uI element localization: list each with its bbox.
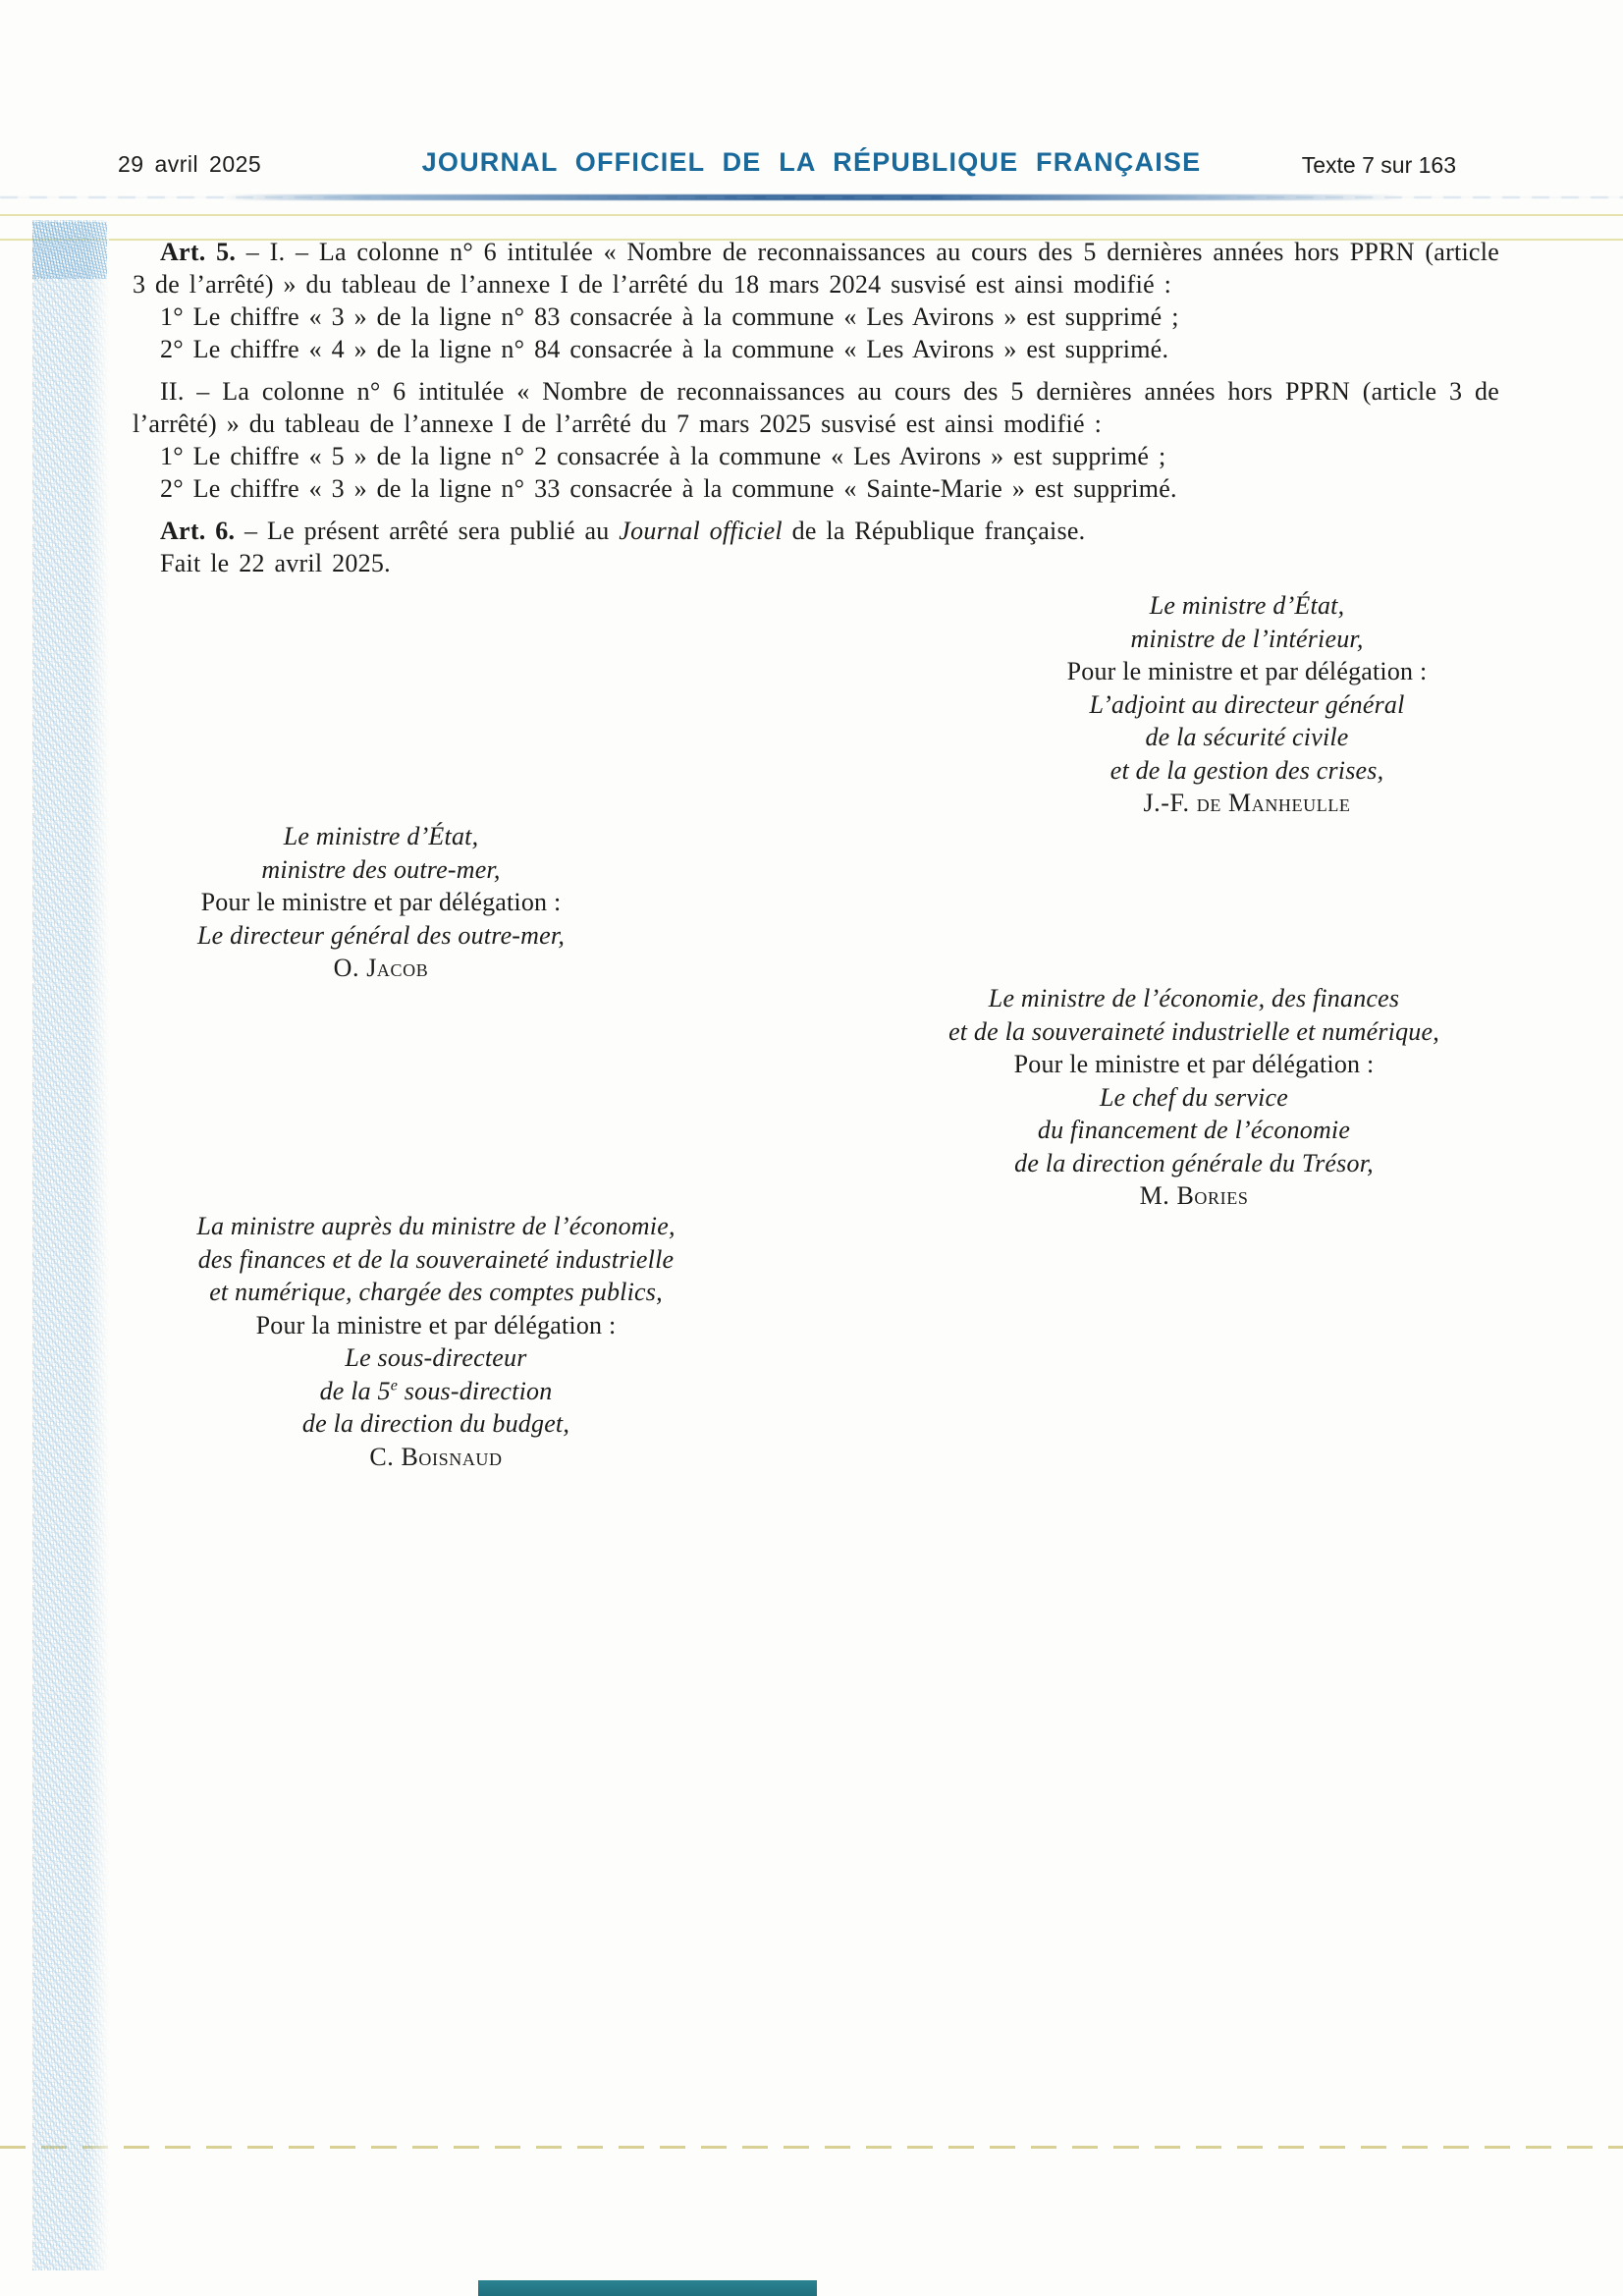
signature-line: Le directeur général des outre-mer, (135, 919, 626, 953)
article-5-item-1: 1° Le chiffre « 3 » de la ligne n° 83 co… (133, 301, 1499, 333)
signature-line: de la direction générale du Trésor, (884, 1147, 1504, 1180)
header-rule (224, 194, 1402, 200)
sous-direction-superscript: e (391, 1377, 398, 1394)
article-5-item-2: 2° Le chiffre « 4 » de la ligne n° 84 co… (133, 333, 1499, 365)
signature-line: et de la gestion des crises, (1001, 754, 1492, 788)
signature-line: ministre de l’intérieur, (1001, 623, 1492, 656)
signature-block-economie: Le ministre de l’économie, des finances … (884, 982, 1504, 1213)
article-6: Art. 6. – Le présent arrêté sera publié … (133, 515, 1499, 547)
signature-line: Le ministre d’État, (135, 820, 626, 853)
journal-officiel-italic: Journal officiel (619, 517, 783, 545)
signatory-name: C. Boisnaud (116, 1441, 756, 1474)
signature-block-outre-mer: Le ministre d’État, ministre des outre-m… (135, 820, 626, 985)
article-5-intro: Art. 5. – I. – La colonne n° 6 intitulée… (133, 236, 1499, 301)
signature-line: et de la souveraineté industrielle et nu… (884, 1015, 1504, 1049)
signature-line-sous-direction: de la 5e sous-direction (116, 1375, 756, 1408)
journal-officiel-page: 29 avril 2025 JOURNAL OFFICIEL DE LA RÉP… (0, 0, 1623, 2296)
signature-line: des finances et de la souveraineté indus… (116, 1243, 756, 1277)
article-5-part2-item-1: 1° Le chiffre « 5 » de la ligne n° 2 con… (133, 440, 1499, 472)
article-6-text-before: – Le présent arrêté sera publié au (235, 517, 619, 545)
scan-artifact-line-bottom (0, 2146, 1623, 2149)
signatory-name: J.-F. de Manheulle (1001, 787, 1492, 820)
texte-reference: Texte 7 sur 163 (1302, 152, 1456, 179)
signature-line: et numérique, chargée des comptes public… (116, 1276, 756, 1309)
document-body: Art. 5. – I. – La colonne n° 6 intitulée… (133, 236, 1499, 579)
signature-line: Le ministre de l’économie, des finances (884, 982, 1504, 1015)
sous-direction-post: sous-direction (398, 1377, 552, 1405)
article-5-part2-intro: II. – La colonne n° 6 intitulée « Nombre… (133, 375, 1499, 440)
article-5-intro-text: – I. – La colonne n° 6 intitulée « Nombr… (133, 238, 1499, 299)
article-6-text-after: de la République française. (783, 517, 1086, 545)
signature-delegation-line: Pour la ministre et par délégation : (116, 1309, 756, 1342)
scan-speckle-strip (32, 220, 109, 2270)
signature-delegation-line: Pour le ministre et par délégation : (135, 886, 626, 919)
signature-delegation-line: Pour le ministre et par délégation : (1001, 655, 1492, 688)
signature-line: Le sous-directeur (116, 1341, 756, 1375)
article-5-label: Art. 5. (160, 238, 236, 266)
signature-line: ministre des outre-mer, (135, 853, 626, 887)
signature-line: Le chef du service (884, 1081, 1504, 1115)
scan-teal-bar (478, 2280, 817, 2296)
signature-line: de la sécurité civile (1001, 721, 1492, 754)
signature-line: L’adjoint au directeur général (1001, 688, 1492, 722)
sous-direction-pre: de la 5 (320, 1377, 391, 1405)
article-6-label: Art. 6. (160, 517, 235, 545)
article-5-part2-item-2: 2° Le chiffre « 3 » de la ligne n° 33 co… (133, 472, 1499, 505)
signature-block-interieur: Le ministre d’État, ministre de l’intéri… (1001, 589, 1492, 820)
scan-speckle-patch (32, 222, 107, 279)
signature-line: Le ministre d’État, (1001, 589, 1492, 623)
signature-line: La ministre auprès du ministre de l’écon… (116, 1210, 756, 1243)
signatory-name: O. Jacob (135, 952, 626, 985)
signatory-name: M. Bories (884, 1179, 1504, 1213)
fait-le-line: Fait le 22 avril 2025. (133, 547, 1499, 579)
signature-line: du financement de l’économie (884, 1114, 1504, 1147)
signature-delegation-line: Pour le ministre et par délégation : (884, 1048, 1504, 1081)
scan-artifact-line-top-1 (0, 214, 1623, 216)
signature-line: de la direction du budget, (116, 1407, 756, 1441)
signature-block-comptes-publics: La ministre auprès du ministre de l’écon… (116, 1210, 756, 1473)
